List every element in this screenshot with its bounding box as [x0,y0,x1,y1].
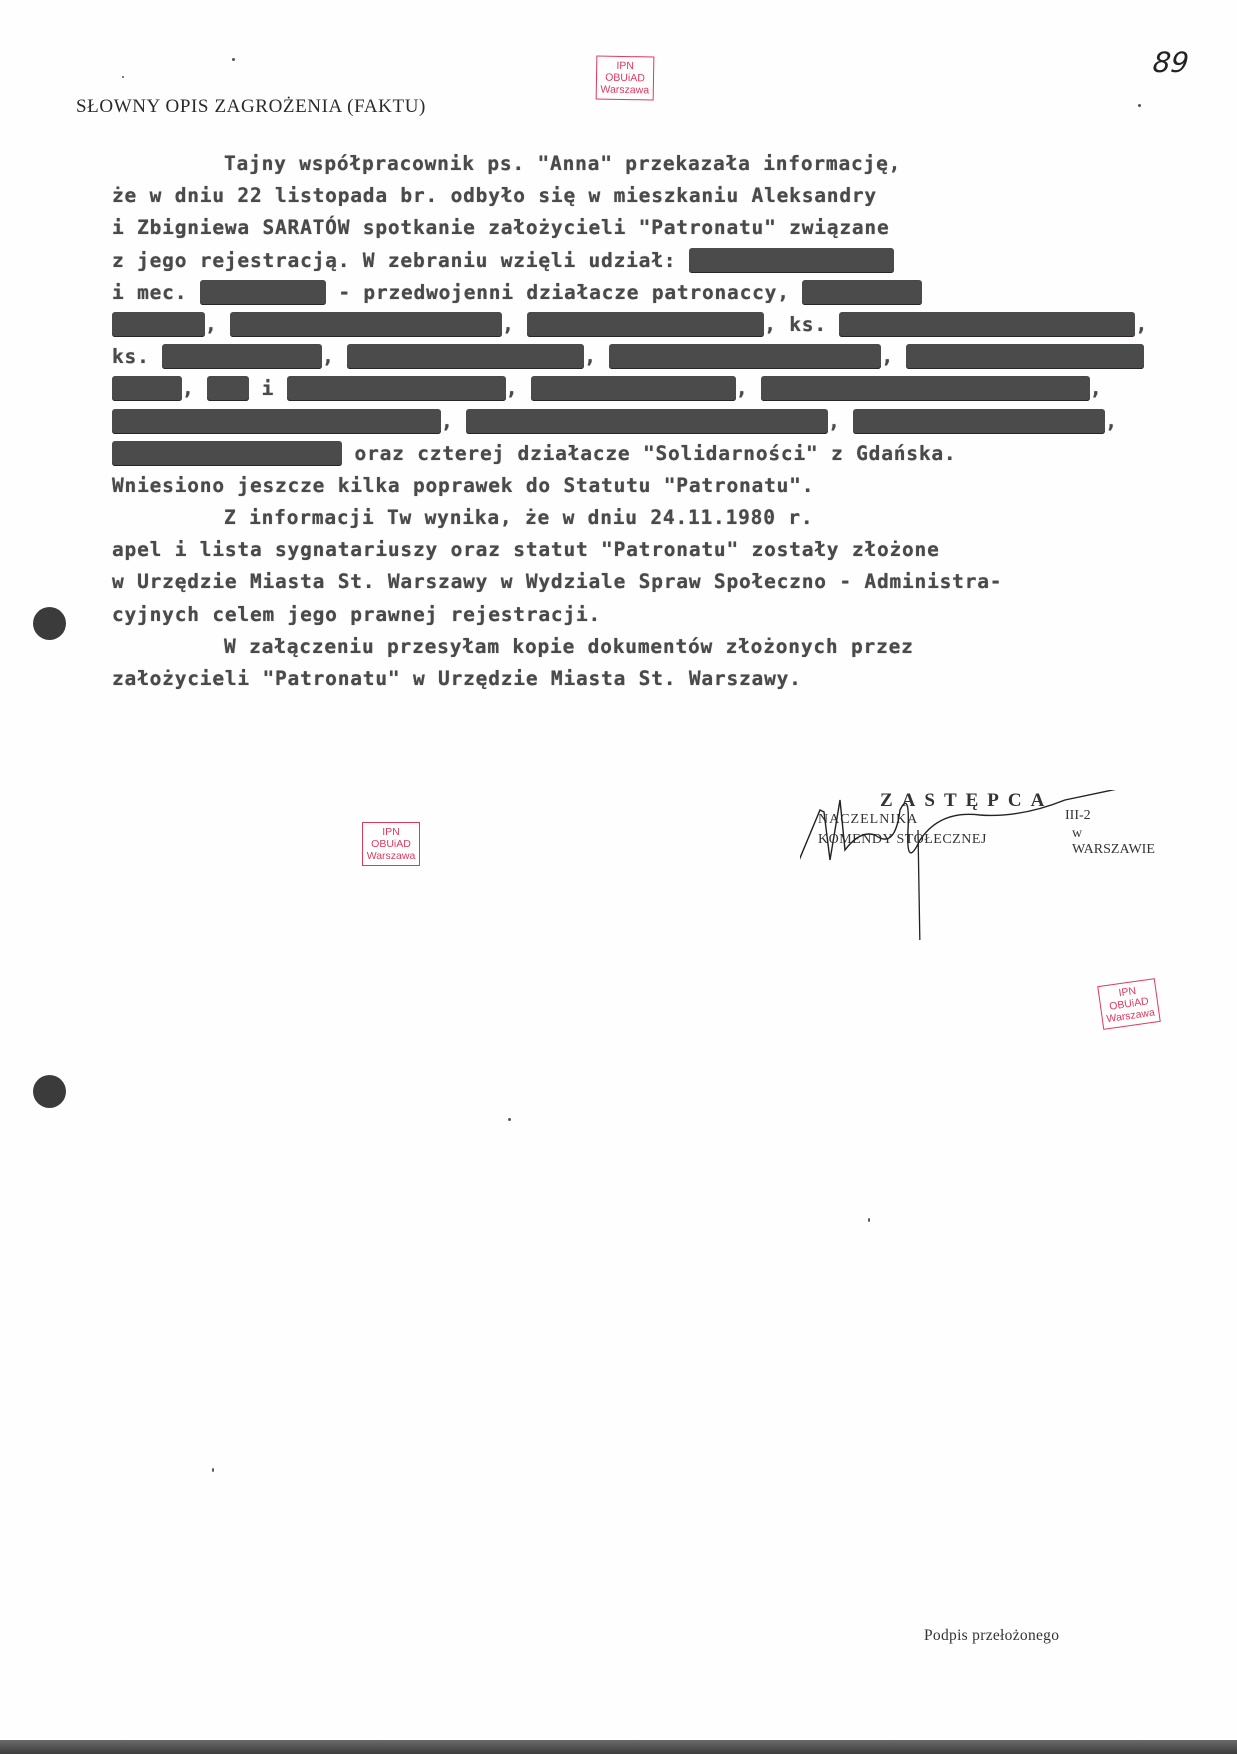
typed-text: , [584,345,609,368]
typed-text: - przedwojenni działacze patronaccy, [326,281,803,304]
typed-text: Wniesiono jeszcze kilka poprawek do Stat… [112,474,814,497]
typed-text: założycieli "Patronatu" w Urzędzie Miast… [112,667,802,690]
typed-line: , , , ks. , [112,309,1212,341]
typed-line: cyjnych celem jego prawnej rejestracji. [112,599,1212,631]
typed-text: i mec. [112,281,200,304]
typed-text: , [1135,313,1148,336]
redaction-bar [527,312,764,337]
typed-text: , [502,313,527,336]
redaction-bar [839,312,1135,337]
supervisor-signature-label: Podpis przełożonego [924,1627,1059,1645]
typed-text: Z informacji Tw wynika, że w dniu 24.11.… [224,506,813,529]
redaction-bar [287,376,506,401]
punch-hole-icon [33,1075,66,1108]
typed-text: cyjnych celem jego prawnej rejestracji. [112,603,601,626]
scan-speck [508,1118,511,1121]
ipn-stamp-right: IPN OBUiAD Warszawa [1097,978,1161,1030]
scan-speck [232,58,235,61]
redaction-bar [906,344,1144,369]
typed-text: , [205,313,230,336]
typed-text: , [881,345,906,368]
typed-text: ks. [112,345,162,368]
typed-text: że w dniu 22 listopada br. odbyło się w … [112,184,877,207]
redaction-bar [112,376,182,401]
document-heading: SŁOWNY OPIS ZAGROŻENIA (FAKTU) [76,96,426,118]
redaction-bar [112,409,441,434]
typed-line: że w dniu 22 listopada br. odbyło się w … [112,180,1212,212]
typed-text: , ks. [764,313,839,336]
typed-text: i [249,377,287,400]
typed-line: Z informacji Tw wynika, że w dniu 24.11.… [112,502,1212,534]
typed-text: W załączeniu przesyłam kopie dokumentów … [224,635,914,658]
redaction-bar [200,280,326,305]
scan-speck [122,76,124,78]
typed-text: Tajny współpracownik ps. "Anna" przekaza… [224,152,901,175]
typed-text: w Urzędzie Miasta St. Warszawy w Wydzial… [112,570,1002,593]
typed-text: , [828,410,853,433]
typed-text: , [182,377,207,400]
punch-hole-icon [33,607,66,640]
typed-line: ks. , , , [112,341,1212,373]
scan-speck [1138,104,1141,107]
redaction-bar [112,441,342,466]
typed-text: , [322,345,347,368]
typed-text: , [506,377,531,400]
redaction-bar [207,376,249,401]
redaction-bar [761,376,1090,401]
typed-line: założycieli "Patronatu" w Urzędzie Miast… [112,663,1212,695]
ipn-stamp-middle: IPN OBUiAD Warszawa [362,822,420,866]
typed-text: z jego rejestracją. W zebraniu wzięli ud… [112,249,689,272]
typed-line: oraz czterej działacze "Solidarności" z … [112,438,1212,470]
scan-speck [212,1468,214,1472]
scan-bottom-edge [0,1740,1237,1754]
redaction-bar [162,344,322,369]
ipn-stamp-top: IPN OBUiAD Warszawa [596,55,655,100]
typed-text: i Zbigniewa SARATÓW spotkanie założyciel… [112,216,889,239]
typed-line: W załączeniu przesyłam kopie dokumentów … [112,631,1212,663]
redaction-bar [112,312,205,337]
typed-text: oraz czterej działacze "Solidarności" z … [342,442,956,465]
typed-line: Wniesiono jeszcze kilka poprawek do Stat… [112,470,1212,502]
signature-block: ZASTĘPCA NACZELNIKA III-2 KOMENDY STOŁEC… [800,790,1160,940]
typed-line: w Urzędzie Miasta St. Warszawy w Wydzial… [112,566,1212,598]
redaction-bar [853,409,1105,434]
typed-text: , [1105,410,1118,433]
handwritten-signature-icon [800,790,1160,940]
redaction-bar [230,312,502,337]
redaction-bar [689,248,894,273]
redaction-bar [466,409,828,434]
redaction-bar [609,344,881,369]
document-page: SŁOWNY OPIS ZAGROŻENIA (FAKTU) 89 IPN OB… [0,0,1237,1754]
typed-text: , [736,377,761,400]
redaction-bar [802,280,922,305]
typed-line: apel i lista sygnatariuszy oraz statut "… [112,534,1212,566]
scan-speck [868,1218,870,1222]
handwritten-page-number: 89 [1151,46,1190,79]
typed-line: Tajny współpracownik ps. "Anna" przekaza… [112,148,1212,180]
redaction-bar [347,344,584,369]
typed-text: , [1090,377,1103,400]
typed-line: i Zbigniewa SARATÓW spotkanie założyciel… [112,212,1212,244]
typed-line: , , , [112,406,1212,438]
redaction-bar [531,376,736,401]
typed-text: apel i lista sygnatariuszy oraz statut "… [112,538,940,561]
typed-line: i mec. - przedwojenni działacze patronac… [112,277,1212,309]
typewritten-body: Tajny współpracownik ps. "Anna" przekaza… [112,148,1212,695]
typed-line: z jego rejestracją. W zebraniu wzięli ud… [112,245,1212,277]
typed-text: , [441,410,466,433]
typed-line: , i , , , [112,373,1212,405]
